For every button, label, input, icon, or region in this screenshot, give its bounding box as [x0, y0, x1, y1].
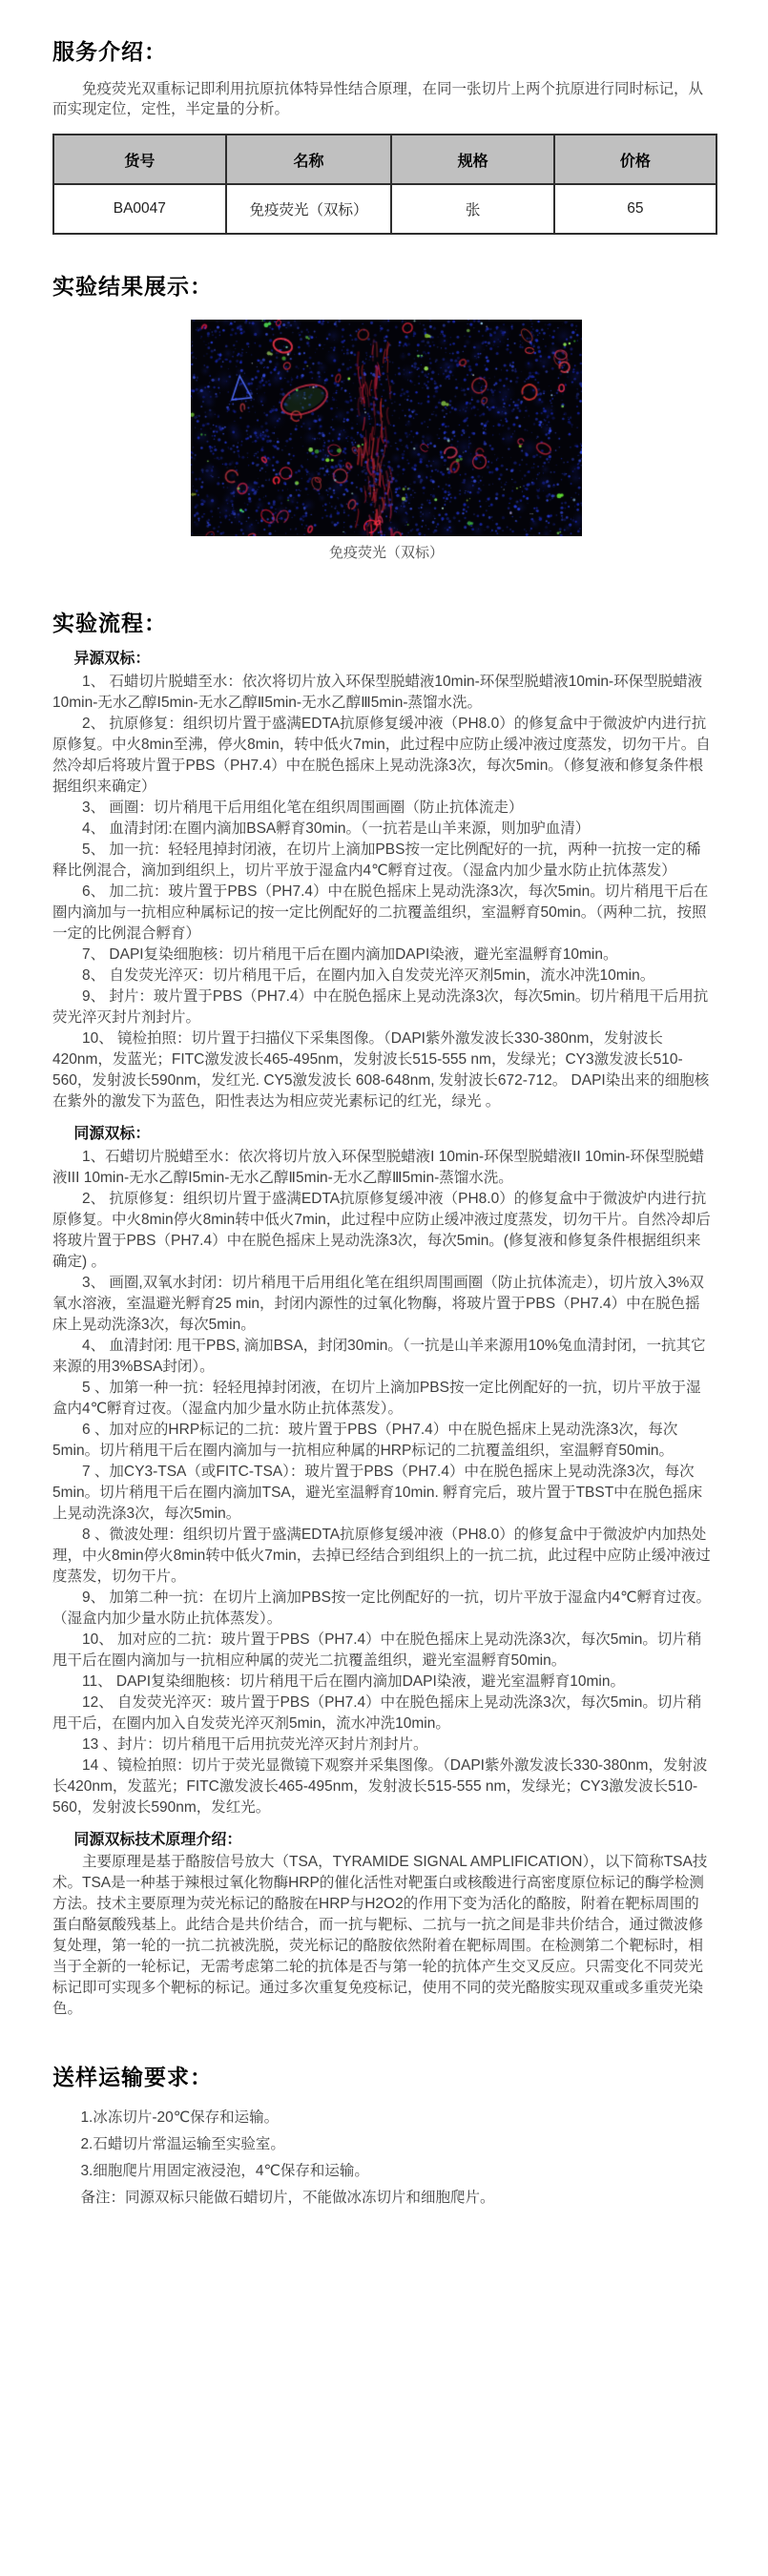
service-intro-text: 免疫荧光双重标记即利用抗原抗体特异性结合原理，在同一张切片上两个抗原进行同时标记… [52, 79, 713, 119]
hetero-step: 7、 DAPI复染细胞核：切片稍甩干后在圈内滴加DAPI染液，避光室温孵育10m… [52, 945, 713, 966]
subsection-homo-title: 同源双标： [52, 1121, 713, 1143]
homo-step: 7 、加CY3-TSA（或FITC-TSA）：玻片置于PBS（PH7.4）中在脱… [52, 1462, 713, 1525]
homo-step: 2、 抗原修复：组织切片置于盛满EDTA抗原修复缓冲液（PH8.0）的修复盒中于… [52, 1189, 713, 1273]
shipping-item: 备注：同源双标只能做石蜡切片，不能做冰冻切片和细胞爬片。 [52, 2185, 713, 2212]
principle-body-text: 主要原理是基于酪胺信号放大（TSA，TYRAMIDE SIGNAL AMPLIF… [52, 1852, 713, 2020]
homo-step: 5 、加第一种一抗：轻轻甩掉封闭液，在切片上滴加PBS按一定比例配好的一抗，切片… [52, 1378, 713, 1420]
hetero-step: 9、 封片：玻片置于PBS（PH7.4）中在脱色摇床上晃动洗涤3次，每次5min… [52, 987, 713, 1028]
hetero-steps-list: 1、 石蜡切片脱蜡至水：依次将切片放入环保型脱蜡液10min-环保型脱蜡液10m… [52, 672, 713, 1112]
section-title-shipping: 送样运输要求： [52, 2060, 713, 2091]
price-table: 货号 名称 规格 价格 BA0047 免疫荧光（双标） 张 65 [52, 134, 717, 235]
subsection-principle-title: 同源双标技术原理介绍： [52, 1827, 713, 1849]
cell-product-code: BA0047 [53, 184, 226, 234]
shipping-item: 2.石蜡切片常温运输至实验室。 [52, 2131, 713, 2158]
homo-step: 8 、微波处理：组织切片置于盛满EDTA抗原修复缓冲液（PH8.0）的修复盒中于… [52, 1525, 713, 1588]
result-figure: 免疫荧光（双标） [191, 320, 582, 562]
shipping-items-list: 1.冰冻切片-20℃保存和运输。2.石蜡切片常温运输至实验室。3.细胞爬片用固定… [52, 2105, 713, 2212]
cell-product-price: 65 [554, 184, 716, 234]
hetero-step: 5、 加一抗：轻轻甩掉封闭液，在切片上滴加PBS按一定比例配好的一抗，两种一抗按… [52, 840, 713, 882]
product-detail-page: 服务介绍： 免疫荧光双重标记即利用抗原抗体特异性结合原理，在同一张切片上两个抗原… [0, 0, 768, 2576]
shipping-item: 3.细胞爬片用固定液浸泡，4℃保存和运输。 [52, 2158, 713, 2185]
homo-step: 14 、镜检拍照：切片于荧光显微镜下观察并采集图像。（DAPI紫外激发波长330… [52, 1755, 713, 1818]
homo-step: 6 、加对应的HRP标记的二抗：玻片置于PBS（PH7.4）中在脱色摇床上晃动洗… [52, 1420, 713, 1462]
hetero-step: 8、 自发荧光淬灭：切片稍甩干后，在圈内加入自发荧光淬灭剂5min，流水冲洗10… [52, 966, 713, 987]
homo-steps-list: 1、石蜡切片脱蜡至水：依次将切片放入环保型脱蜡液I 10min-环保型脱蜡液II… [52, 1147, 713, 1818]
homo-step: 3、 画圈,双氧水封闭：切片稍甩干后用组化笔在组织周围画圈（防止抗体流走），切片… [52, 1273, 713, 1336]
section-title-service: 服务介绍： [52, 34, 713, 66]
subsection-hetero-title: 异源双标： [52, 646, 713, 668]
homo-step: 10、 加对应的二抗：玻片置于PBS（PH7.4）中在脱色摇床上晃动洗涤3次，每… [52, 1630, 713, 1672]
shipping-item: 1.冰冻切片-20℃保存和运输。 [52, 2105, 713, 2131]
hetero-step: 6、 加二抗：玻片置于PBS（PH7.4）中在脱色摇床上晃动洗涤3次，每次5mi… [52, 882, 713, 945]
price-table-header-row: 货号 名称 规格 价格 [53, 135, 716, 184]
hetero-step: 3、 画圈：切片稍甩干后用组化笔在组织周围画圈（防止抗体流走） [52, 798, 713, 819]
cell-product-name: 免疫荧光（双标） [226, 184, 392, 234]
price-table-header-code: 货号 [53, 135, 226, 184]
hetero-step: 4、 血清封闭:在圈内滴加BSA孵育30min。（一抗若是山羊来源，则加驴血清） [52, 819, 713, 840]
price-table-header-spec: 规格 [391, 135, 553, 184]
homo-step: 12、 自发荧光淬灭：玻片置于PBS（PH7.4）中在脱色摇床上晃动洗涤3次，每… [52, 1693, 713, 1735]
price-table-header-price: 价格 [554, 135, 716, 184]
cell-product-spec: 张 [391, 184, 553, 234]
figure-caption: 免疫荧光（双标） [191, 542, 582, 562]
fluorescence-microscopy-image [191, 320, 582, 536]
hetero-step: 10、 镜检拍照：切片置于扫描仪下采集图像。（DAPI紫外激发波长330-380… [52, 1028, 713, 1112]
homo-step: 13 、封片：切片稍甩干后用抗荧光淬灭封片剂封片。 [52, 1735, 713, 1755]
hetero-step: 1、 石蜡切片脱蜡至水：依次将切片放入环保型脱蜡液10min-环保型脱蜡液10m… [52, 672, 713, 714]
homo-step: 4、 血清封闭: 甩干PBS, 滴加BSA，封闭30min。（一抗是山羊来源用1… [52, 1336, 713, 1378]
homo-step: 1、石蜡切片脱蜡至水：依次将切片放入环保型脱蜡液I 10min-环保型脱蜡液II… [52, 1147, 713, 1189]
homo-step: 9、 加第二种一抗：在切片上滴加PBS按一定比例配好的一抗，切片平放于湿盒内4℃… [52, 1588, 713, 1630]
section-title-results: 实验结果展示： [52, 269, 713, 301]
price-table-header-name: 名称 [226, 135, 392, 184]
homo-step: 11、 DAPI复染细胞核：切片稍甩干后在圈内滴加DAPI染液，避光室温孵育10… [52, 1672, 713, 1693]
price-table-row: BA0047 免疫荧光（双标） 张 65 [53, 184, 716, 234]
hetero-step: 2、 抗原修复：组织切片置于盛满EDTA抗原修复缓冲液（PH8.0）的修复盒中于… [52, 714, 713, 798]
section-title-workflow: 实验流程： [52, 606, 713, 637]
